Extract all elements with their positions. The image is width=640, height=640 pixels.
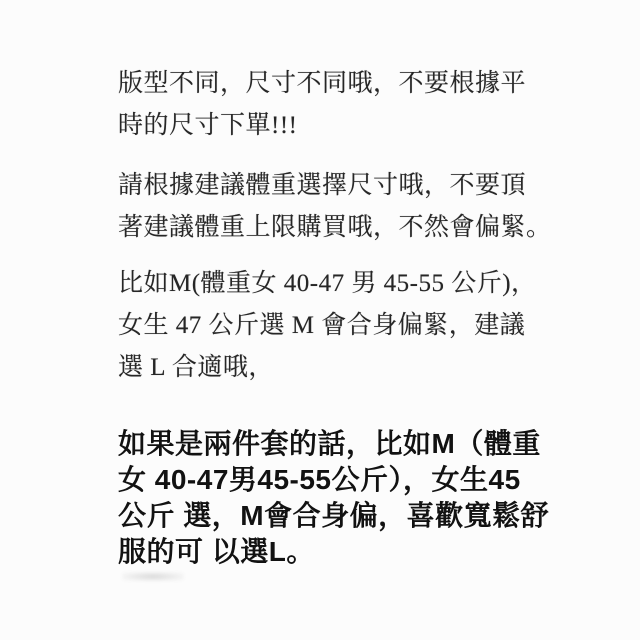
text-line: 請根據建議體重選擇尺寸哦，不要頂: [118, 165, 598, 207]
paragraph-single-piece-example: 比如M(體重女 40-47 男 45-55 公斤)， 女生 47 公斤選 M 會…: [118, 263, 598, 389]
text-line: 公斤 選，M會合身偏，喜歡寬鬆舒: [118, 498, 598, 534]
paragraph-two-piece-example: 如果是兩件套的話，比如M（體重 女 40-47男45-55公斤），女生45 公斤…: [118, 426, 598, 570]
text-line: 女 40-47男45-55公斤），女生45: [118, 462, 598, 498]
text-line: 著建議體重上限購買哦，不然會偏緊。: [118, 207, 598, 249]
text-line: 比如M(體重女 40-47 男 45-55 公斤)，: [118, 263, 598, 305]
text-line: 版型不同，尺寸不同哦，不要根據平: [118, 63, 598, 105]
text-line: 女生 47 公斤選 M 會合身偏緊，建議: [118, 305, 598, 347]
sizing-note-page: 版型不同，尺寸不同哦，不要根據平 時的尺寸下單!!! 請根據建議體重選擇尺寸哦，…: [0, 0, 640, 640]
text-line: 服的可 以選L。: [118, 534, 598, 570]
text-line: 如果是兩件套的話，比如M（體重: [118, 426, 598, 462]
text-line: 時的尺寸下單!!!: [118, 105, 598, 147]
faded-ink-smudge: [122, 572, 184, 581]
paragraph-fit-warning: 版型不同，尺寸不同哦，不要根據平 時的尺寸下單!!!: [118, 63, 598, 147]
paragraph-weight-advice: 請根據建議體重選擇尺寸哦，不要頂 著建議體重上限購買哦，不然會偏緊。: [118, 165, 598, 249]
text-line: 選 L 合適哦，: [118, 347, 598, 389]
